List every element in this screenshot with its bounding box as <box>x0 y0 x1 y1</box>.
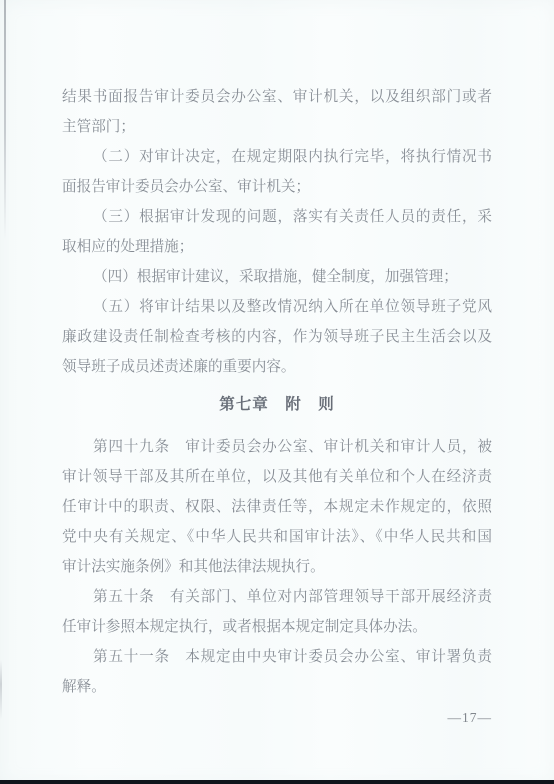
text-line: 第四十九条 审计委员会办公室、审计机关和审计人员，被 <box>62 432 492 462</box>
text-line: 解释。 <box>62 672 492 702</box>
text-line: 审计法实施条例》和其他法律法规执行。 <box>62 552 492 582</box>
document-body: 结果书面报告审计委员会办公室、审计机关，以及组织部门或者主管部门；（二）对审计决… <box>62 82 492 728</box>
text-line: 取相应的处理措施； <box>62 232 492 262</box>
text-line: 第五十一条 本规定由中央审计委员会办公室、审计署负责 <box>62 642 492 672</box>
text-line: （五）将审计结果以及整改情况纳入所在单位领导班子党风 <box>62 292 492 322</box>
text-line: 党中央有关规定、《中华人民共和国审计法》、《中华人民共和国 <box>62 522 492 552</box>
chapter-heading: 第七章 附 则 <box>62 390 492 420</box>
text-line: 结果书面报告审计委员会办公室、审计机关，以及组织部门或者 <box>62 82 492 112</box>
text-line: 廉政建设责任制检查考核的内容，作为领导班子民主生活会以及 <box>62 322 492 352</box>
page-number: —17— <box>62 708 492 728</box>
text-line: 面报告审计委员会办公室、审计机关； <box>62 172 492 202</box>
text-line: 第五十条 有关部门、单位对内部管理领导干部开展经济责 <box>62 582 492 612</box>
scan-left-edge-artifact-bottom <box>0 660 2 720</box>
body-lines: 结果书面报告审计委员会办公室、审计机关，以及组织部门或者主管部门；（二）对审计决… <box>62 82 492 702</box>
text-line: （四）根据审计建议，采取措施，健全制度，加强管理； <box>62 262 492 292</box>
text-line: （三）根据审计发现的问题，落实有关责任人员的责任，采 <box>62 202 492 232</box>
text-line: （二）对审计决定，在规定期限内执行完毕，将执行情况书 <box>62 142 492 172</box>
text-line: 审计领导干部及其所在单位，以及其他有关单位和个人在经济责 <box>62 462 492 492</box>
scan-left-edge-artifact <box>4 0 6 240</box>
text-line: 领导班子成员述责述廉的重要内容。 <box>62 352 492 382</box>
scan-bottom-edge-artifact <box>0 780 554 784</box>
document-page: 结果书面报告审计委员会办公室、审计机关，以及组织部门或者主管部门；（二）对审计决… <box>0 0 554 784</box>
text-line: 主管部门； <box>62 112 492 142</box>
text-line: 任审计中的职责、权限、法律责任等，本规定未作规定的，依照 <box>62 492 492 522</box>
text-line: 任审计参照本规定执行，或者根据本规定制定具体办法。 <box>62 612 492 642</box>
